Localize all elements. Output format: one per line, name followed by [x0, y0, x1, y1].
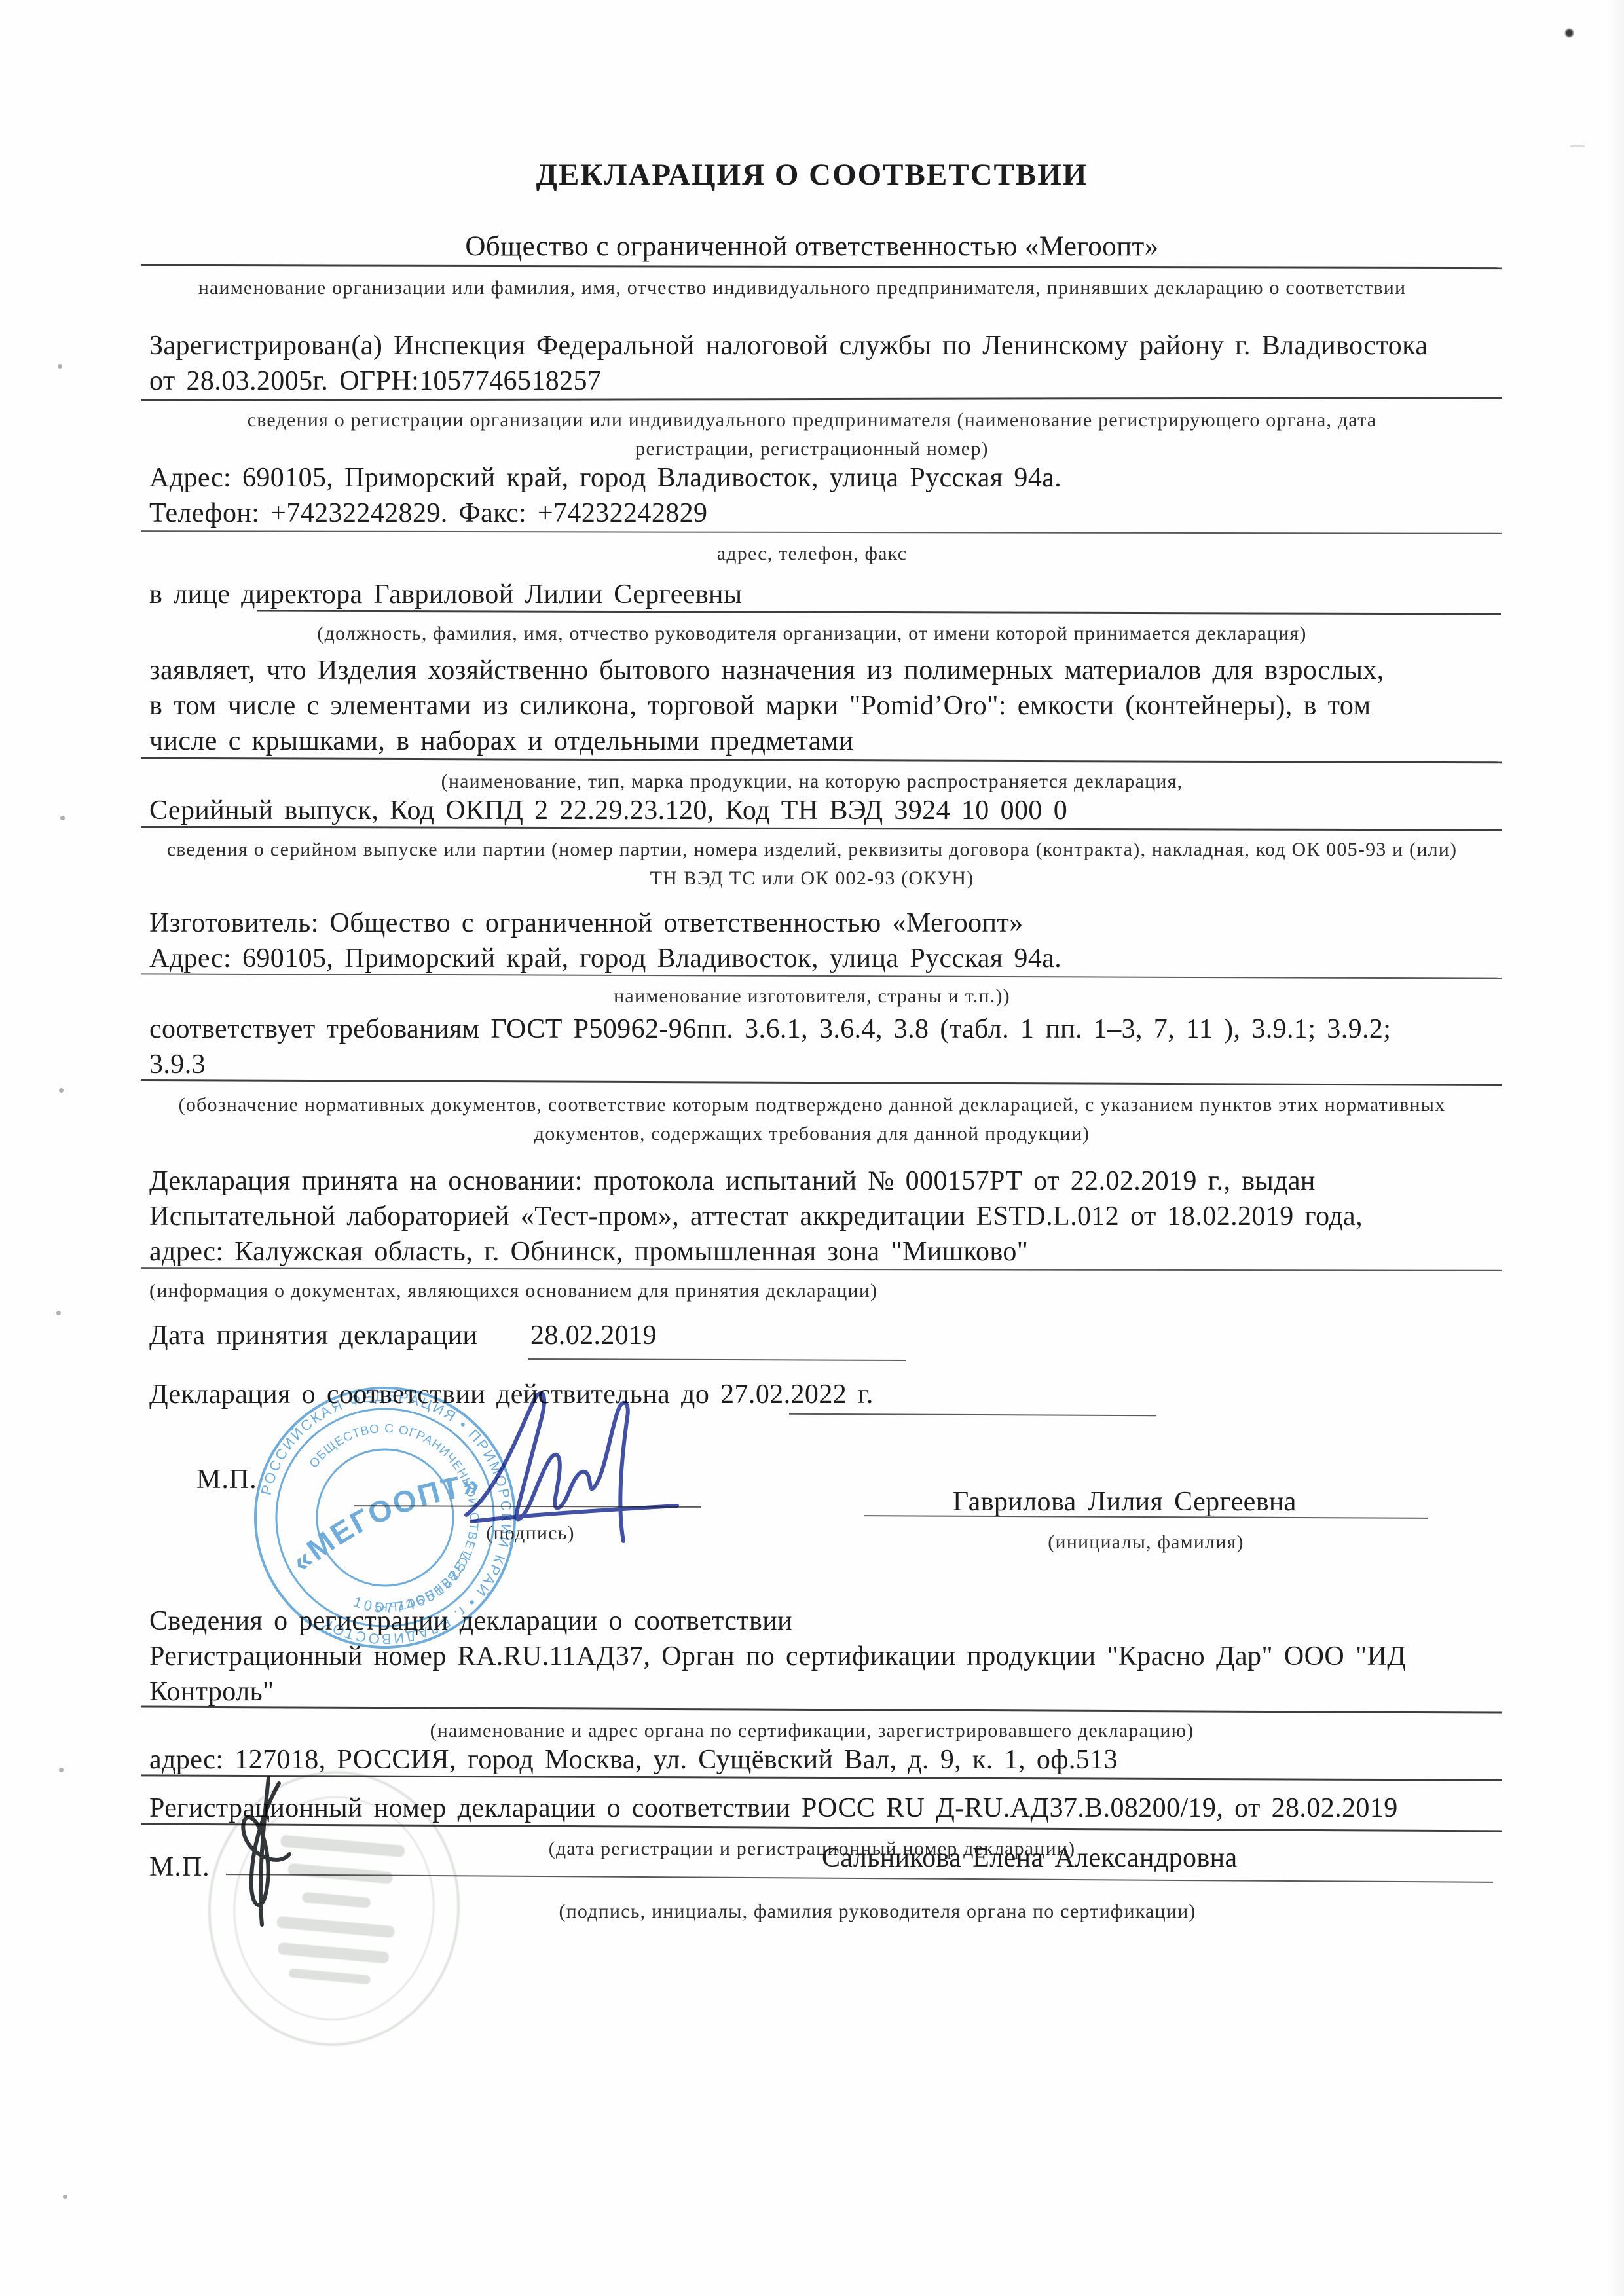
basis-caption: (информация о документах, являющихся осн…	[149, 1277, 1459, 1305]
document-page: ДЕКЛАРАЦИЯ О СООТВЕТСТВИИ Общество с огр…	[0, 0, 1624, 2296]
sign-caption-2: (подпись, инициалы, фамилия руководителя…	[419, 1897, 1336, 1926]
registration-info-heading: Сведения о регистрации декларации о соот…	[149, 1604, 792, 1638]
doc-title: ДЕКЛАРАЦИЯ О СООТВЕТСТВИИ	[0, 157, 1624, 192]
registration-caption: сведения о регистрации организации или и…	[206, 406, 1418, 464]
phone-fax-line: Телефон: +74232242829. Факс: +7423224282…	[149, 496, 707, 530]
declarant-name: Общество с ограниченной ответственностью…	[223, 230, 1401, 263]
statement-line-2: в том числе с элементами из силикона, то…	[149, 689, 1371, 723]
statement-line-3: числе с крышками, в наборах и отдельными…	[149, 724, 854, 758]
manufacturer-caption: наименование изготовителя, страны и т.п.…	[223, 982, 1401, 1011]
certifier-name: Сальникова Елена Александровна	[822, 1841, 1238, 1875]
mp-mark-1: М.П.	[196, 1464, 257, 1495]
registration-line-1: Зарегистрирован(а) Инспекция Федеральной…	[149, 329, 1428, 363]
mp-mark-2: М.П.	[149, 1851, 210, 1883]
contact-caption: адрес, телефон, факс	[223, 539, 1401, 568]
adoption-date-value: 28.02.2019	[530, 1319, 657, 1353]
reg-body-caption: (наименование и адрес органа по сертифик…	[223, 1717, 1401, 1745]
scan-dot	[58, 364, 62, 369]
scan-dot	[56, 1311, 61, 1315]
scan-dot	[59, 1088, 64, 1093]
serial-caption: сведения о серийном выпуске или партии (…	[164, 835, 1460, 893]
rule	[141, 1267, 1502, 1271]
reg-body-line-1: Регистрационный номер RA.RU.11АД37, Орга…	[149, 1639, 1406, 1673]
director-name: Гаврилова Лилия Сергеевна	[953, 1485, 1297, 1519]
rule	[257, 610, 1501, 615]
rule	[141, 264, 1502, 269]
address-line: Адрес: 690105, Приморский край, город Вл…	[149, 461, 1061, 495]
scan-dot	[63, 2195, 67, 2199]
scan-edge-shadow	[1607, 0, 1624, 2296]
manufacturer-line-1: Изготовитель: Общество с ограниченной от…	[149, 906, 1024, 940]
declarant-name-caption: наименование организации или фамилия, им…	[196, 274, 1408, 302]
manufacturer-line-2: Адрес: 690105, Приморский край, город Вл…	[149, 941, 1061, 975]
gost-line-1: соответствует требованиям ГОСТ Р50962-96…	[149, 1012, 1391, 1046]
representative-line: в лице директора Гавриловой Лилии Сергее…	[149, 577, 743, 611]
basis-line-2: Испытательной лабораторией «Тест-пром», …	[149, 1199, 1363, 1233]
scan-artifact-mark	[1564, 27, 1575, 39]
scan-dot	[59, 1768, 64, 1772]
basis-line-3: адрес: Калужская область, г. Обнинск, пр…	[149, 1235, 1028, 1269]
rule	[528, 1358, 906, 1361]
gost-caption: (обозначение нормативных документов, соо…	[164, 1091, 1460, 1148]
statement-line-1: заявляет, что Изделия хозяйственно бытов…	[149, 653, 1384, 687]
certifier-signature	[216, 1773, 334, 1930]
rule	[141, 1705, 1502, 1713]
scan-artifact-dash	[1570, 145, 1585, 147]
rule	[141, 757, 1502, 764]
rule	[789, 1413, 1156, 1416]
reg-body-line-2: Контроль"	[149, 1675, 274, 1709]
rule	[141, 530, 1502, 534]
name-caption-1: (инициалы, фамилия)	[995, 1528, 1297, 1557]
registration-line-2: от 28.03.2005г. ОГРН:1057746518257	[149, 364, 601, 398]
representative-caption: (должность, фамилия, имя, отчество руков…	[157, 619, 1467, 648]
sign-caption-1: (подпись)	[432, 1519, 629, 1548]
gost-line-2: 3.9.3	[149, 1048, 206, 1082]
basis-line-1: Декларация принята на основании: протоко…	[149, 1164, 1316, 1198]
scan-dot	[60, 816, 65, 820]
serial-line: Серийный выпуск, Код ОКПД 2 22.29.23.120…	[149, 793, 1067, 828]
statement-caption: (наименование, тип, марка продукции, на …	[157, 767, 1467, 796]
rule	[141, 1079, 1502, 1086]
